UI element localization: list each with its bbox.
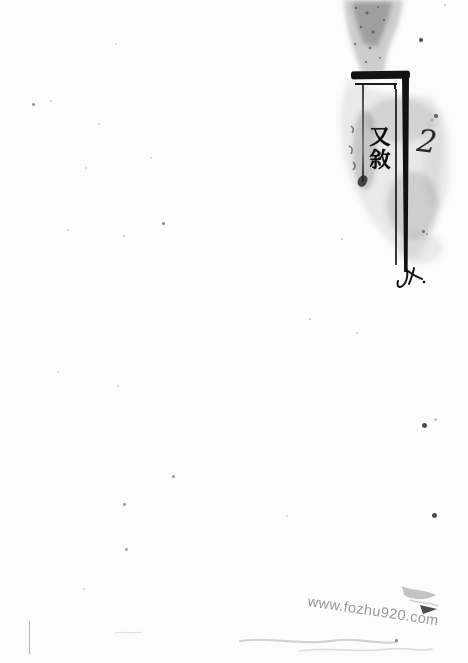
ink-blot: [356, 174, 368, 188]
vertical-title: 又 敘: [366, 125, 394, 171]
scanned-book-page: 又 敘 2 www.fozhu920.com: [0, 0, 468, 663]
ink-speck: [123, 503, 126, 506]
top-ink-smudge: [344, 0, 403, 73]
border-end-flourish: [398, 262, 426, 287]
ink-speck: [341, 238, 343, 240]
ink-speck: [57, 371, 59, 373]
ink-speck: [422, 230, 425, 233]
ink-speck: [32, 103, 35, 106]
ink-speck: [50, 100, 52, 102]
bottom-scribble-layer: [0, 0, 468, 663]
title-char-2: 敘: [366, 148, 394, 171]
ink-speck: [422, 423, 427, 428]
ink-speck: [115, 43, 117, 45]
ink-speck: [150, 157, 152, 159]
ink-speck: [426, 233, 428, 235]
ink-speck: [419, 38, 423, 42]
ink-speck: [395, 639, 398, 642]
ink-speck: [83, 588, 85, 590]
ink-speck: [431, 119, 433, 121]
ink-speck: [85, 167, 87, 169]
frame-right-inner-line: [395, 89, 397, 265]
ink-speck: [117, 385, 119, 387]
ink-speck: [172, 475, 175, 478]
stain-edge-curls: [349, 126, 355, 170]
ink-speck: [444, 4, 446, 6]
ink-speck: [356, 332, 358, 334]
ink-specks: [0, 0, 468, 663]
ink-speck: [125, 548, 128, 551]
fold-hairline: [29, 621, 30, 654]
ink-speck: [432, 513, 437, 518]
title-char-1: 又: [366, 125, 394, 148]
frame-left-column-line: [362, 84, 364, 182]
ink-speck: [162, 222, 165, 225]
ink-speck: [434, 114, 438, 118]
frame-right-border: [402, 74, 409, 272]
ink-speck: [309, 318, 311, 320]
ink-speck: [67, 229, 69, 231]
ink-speck: [98, 123, 100, 125]
frame-top-border: [351, 71, 410, 80]
ink-speck: [286, 515, 288, 517]
ink-speck: [123, 235, 125, 237]
stain-layer: [0, 0, 468, 663]
watermark-text: www.fozhu920.com: [307, 594, 440, 629]
handwritten-number: 2: [415, 123, 439, 161]
ink-speck: [434, 418, 437, 421]
